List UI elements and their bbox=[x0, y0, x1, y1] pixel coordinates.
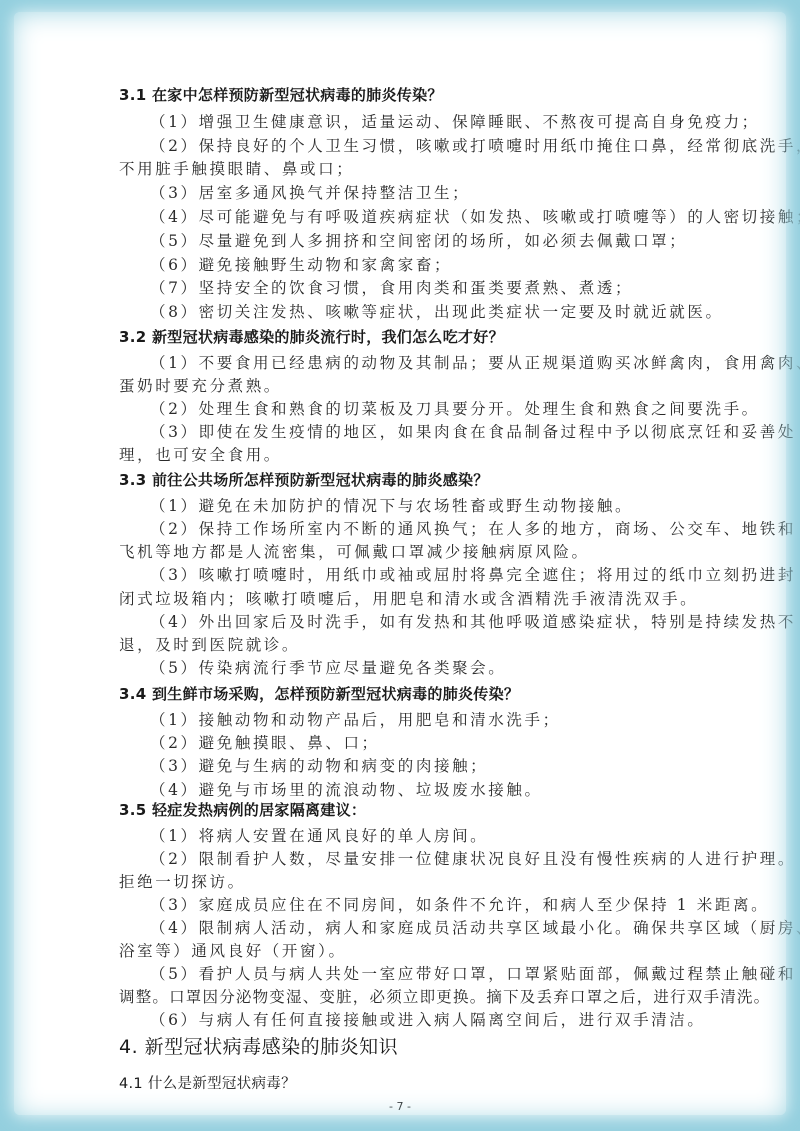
section-3-5-line: 拒绝一切探访。 bbox=[119, 871, 246, 893]
section-3-5-line: （4）限制病人活动，病人和家庭成员活动共享区域最小化。确保共享区域（厨房、 bbox=[150, 917, 800, 939]
section-3-1-line: （6）避免接触野生动物和家禽家畜； bbox=[150, 254, 452, 276]
section-3-3-line: 闭式垃圾箱内；咳嗽打喷嚏后，用肥皂和清水或含酒精洗手液清洗双手。 bbox=[119, 588, 698, 610]
section-3-3-line: （1）避免在未加防护的情况下与农场牲畜或野生动物接触。 bbox=[150, 495, 633, 517]
section-3-3-line: （2）保持工作场所室内不断的通风换气；在人多的地方，商场、公交车、地铁和 bbox=[150, 518, 796, 540]
section-3-3-title: 3.3 前往公共场所怎样预防新型冠状病毒的肺炎感染？ bbox=[119, 469, 489, 491]
section-4-1-title: 4.1 什么是新型冠状病毒？ bbox=[119, 1073, 296, 1095]
section-3-5-line: （2）限制看护人数，尽量安排一位健康状况良好且没有慢性疾病的人进行护理。 bbox=[150, 848, 796, 870]
section-3-2-title: 3.2 新型冠状病毒感染的肺炎流行时，我们怎么吃才好？ bbox=[119, 326, 504, 348]
section-3-5-line: （3）家庭成员应住在不同房间，如条件不允许，和病人至少保持 1 米距离。 bbox=[150, 894, 769, 916]
section-3-1-line: （5）尽量避免到人多拥挤和空间密闭的场所，如必须去佩戴口罩； bbox=[150, 230, 687, 252]
section-3-3-line: （3）咳嗽打喷嚏时，用纸巾或袖或屈肘将鼻完全遮住；将用过的纸巾立刻扔进封 bbox=[150, 564, 796, 586]
section-3-3-line: 飞机等地方都是人流密集，可佩戴口罩减少接触病原风险。 bbox=[119, 541, 590, 563]
section-3-1-line: （7）坚持安全的饮食习惯，食用肉类和蛋类要煮熟、煮透； bbox=[150, 277, 633, 299]
section-3-1-line: （8）密切关注发热、咳嗽等症状，出现此类症状一定要及时就近就医。 bbox=[150, 301, 724, 323]
section-3-1-line: （2）保持良好的个人卫生习惯，咳嗽或打喷嚏时用纸巾掩住口鼻，经常彻底洗手， bbox=[150, 135, 800, 157]
section-3-5-line: （5）看护人员与病人共处一室应带好口罩，口罩紧贴面部，佩戴过程禁止触碰和 bbox=[150, 963, 796, 985]
section-3-5-line: 浴室等）通风良好（开窗）。 bbox=[119, 940, 347, 962]
section-3-2-line: （2）处理生食和熟食的切菜板及刀具要分开。处理生食和熟食之间要洗手。 bbox=[150, 398, 760, 420]
page-number: - 7 - bbox=[0, 1100, 800, 1113]
section-3-2-line: （1）不要食用已经患病的动物及其制品；要从正规渠道购买冰鲜禽肉，食用禽肉、 bbox=[150, 352, 800, 374]
section-3-3-line: （4）外出回家后及时洗手，如有发热和其他呼吸道感染症状，特别是持续发热不 bbox=[150, 611, 796, 633]
section-3-1-title: 3.1 在家中怎样预防新型冠状病毒的肺炎传染？ bbox=[119, 84, 443, 106]
section-3-4-line: （3）避免与生病的动物和病变的肉接触； bbox=[150, 755, 488, 777]
section-3-1-line: 不用脏手触摸眼睛、鼻或口； bbox=[119, 158, 354, 180]
section-3-5-title: 3.5 轻症发热病例的居家隔离建议： bbox=[119, 799, 366, 821]
section-3-4-line: （4）避免与市场里的流浪动物、垃圾废水接触。 bbox=[150, 779, 543, 801]
section-3-3-line: （5）传染病流行季节应尽量避免各类聚会。 bbox=[150, 657, 506, 679]
section-3-1-line: （3）居室多通风换气并保持整洁卫生； bbox=[150, 182, 470, 204]
section-3-4-line: （2）避免触摸眼、鼻、口； bbox=[150, 732, 380, 754]
section-3-4-title: 3.4 到生鲜市场采购，怎样预防新型冠状病毒的肺炎传染？ bbox=[119, 683, 519, 705]
section-3-5-line: （1）将病人安置在通风良好的单人房间。 bbox=[150, 825, 488, 847]
section-3-2-line: （3）即使在发生疫情的地区，如果肉食在食品制备过程中予以彻底烹饪和妥善处 bbox=[150, 421, 796, 443]
section-3-1-line: （1）增强卫生健康意识，适量运动、保障睡眠、不熬夜可提高自身免疫力； bbox=[150, 111, 760, 133]
section-3-5-line: 调整。口罩因分泌物变湿、变脏，必须立即更换。摘下及丢弃口罩之后，进行双手清洗。 bbox=[119, 986, 770, 1008]
section-3-4-line: （1）接触动物和动物产品后，用肥皂和清水洗手； bbox=[150, 709, 561, 731]
section-3-5-line: （6）与病人有任何直接接触或进入病人隔离空间后，进行双手清洁。 bbox=[150, 1009, 705, 1031]
section-3-1-line: （4）尽可能避免与有呼吸道疾病症状（如发热、咳嗽或打喷嚏等）的人密切接触； bbox=[150, 206, 800, 228]
section-3-2-line: 理，也可安全食用。 bbox=[119, 444, 282, 466]
section-3-2-line: 蛋奶时要充分煮熟。 bbox=[119, 375, 282, 397]
chapter-4-title: 4. 新型冠状病毒感染的肺炎知识 bbox=[119, 1036, 398, 1058]
section-3-3-line: 退，及时到医院就诊。 bbox=[119, 634, 300, 656]
